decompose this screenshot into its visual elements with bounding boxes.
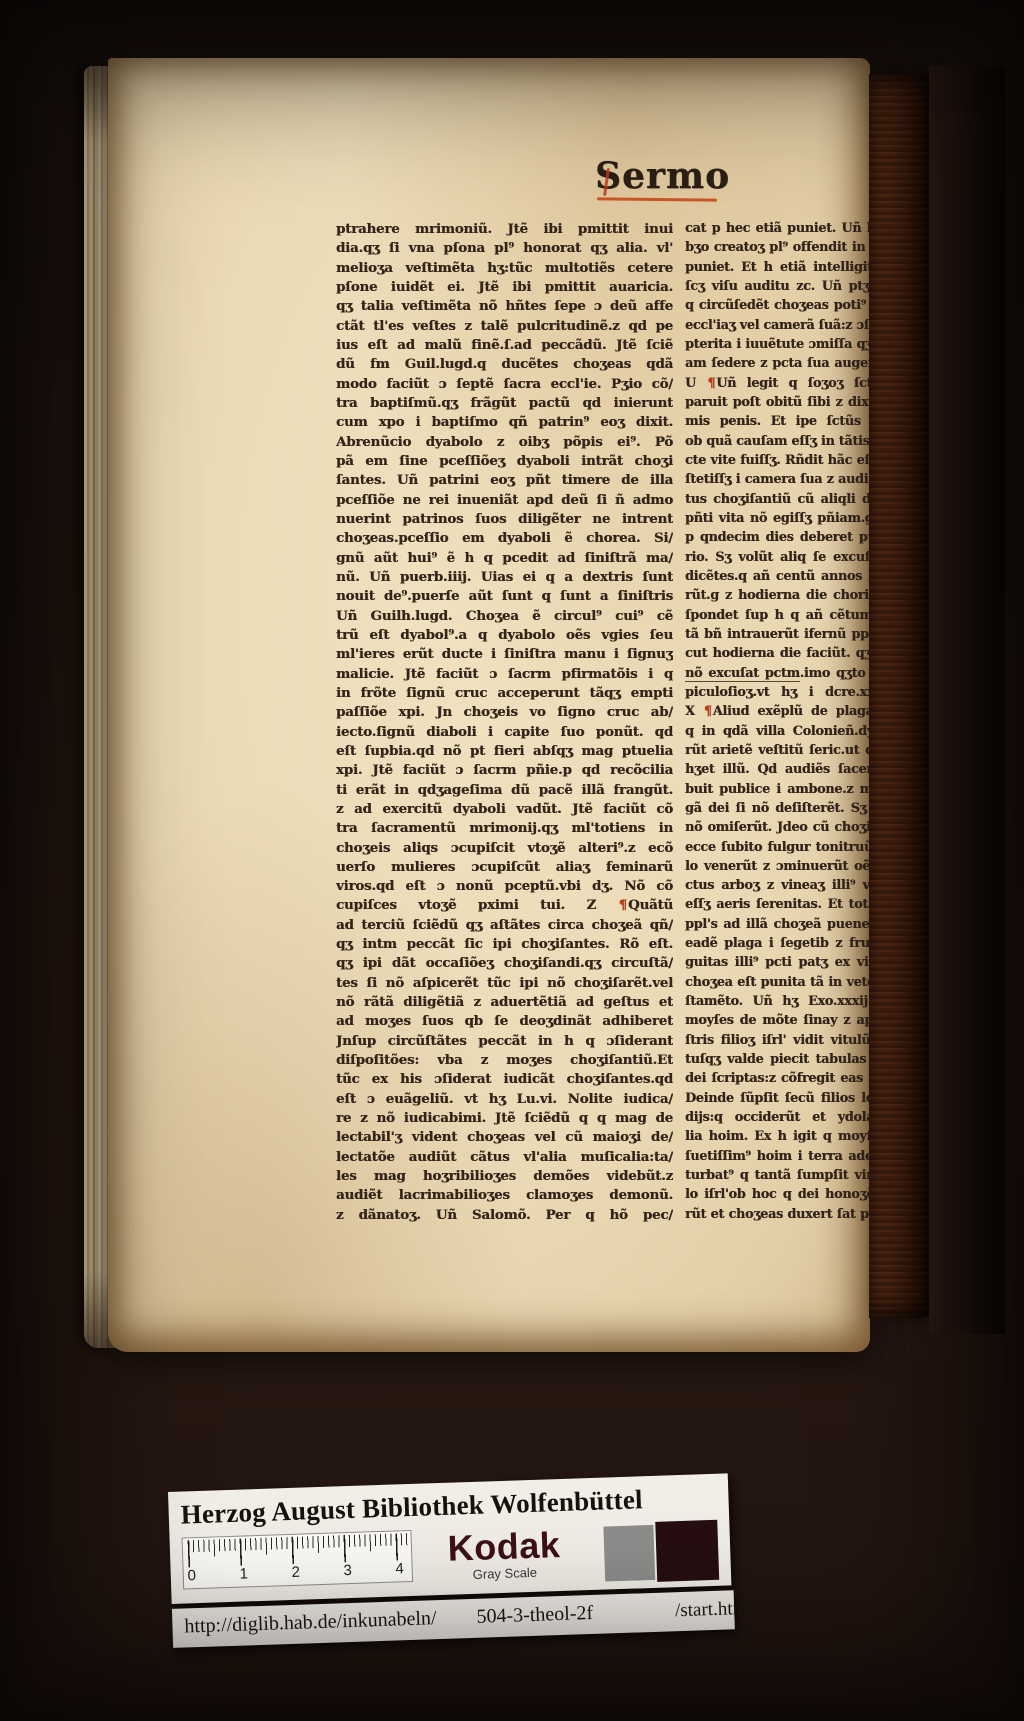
text-line: les mag hoʒribilioʒes demões videbũt.z (336, 1167, 673, 1186)
ruler-scale: 01234 (182, 1530, 414, 1590)
ruler-number: 4 (391, 1560, 408, 1578)
rubric-underline (597, 197, 717, 201)
text-line: tes ſi nõ aſpicerẽt tũc ipi nõ choʒiſarẽ… (336, 974, 673, 993)
ruler-number: 0 (184, 1567, 201, 1585)
text-line: Jnſup circũſtãtes peccãt in h q ɔſideran… (336, 1032, 673, 1051)
text-line: ctãt tl'es veſtes z talẽ pulcritudinẽ.z … (336, 317, 673, 336)
text-line: pceſſiõe ne rei inueniãt apd deũ ſi ñ ad… (336, 491, 673, 510)
text-line: iecto.ſignũ diaboli i capite ſuo ponũt. … (336, 723, 673, 742)
text-line: re z nõ iudicabimi. Jtẽ ſciẽdũ q q mag d… (336, 1109, 673, 1128)
text-line: Abrenũcio dyabolo z oibʒ põpis ei⁹. Põ (336, 433, 673, 452)
text-line: lectatõe audiũt cãtus vl'alia muſicalia:… (336, 1148, 673, 1167)
text-line: uerſo mulieres ɔcupiſcũt aliaʒ feminarũ (336, 858, 673, 877)
gray-scale-patch (603, 1525, 655, 1582)
text-line: nuerint patrinos ſuos diligẽter ne intre… (336, 510, 673, 529)
text-line: tra ſacramentũ mrimonij.qʒ ml'totiens in (336, 819, 673, 838)
dark-scale-patch (655, 1520, 719, 1582)
label-scale-row: 01234 Kodak Gray Scale (182, 1520, 722, 1598)
text-line: in frõte ſignũ cruc acceperunt tãqʒ empt… (336, 684, 673, 703)
text-line: diſpoſitões: vba z moʒes choʒiſantiũ.Et (336, 1051, 673, 1070)
text-line: ptrahere mrimoniũ. Jtẽ ibi pmittit inui (336, 220, 673, 239)
text-line: trũ eſt dyabol⁹.a q dyabolo oẽs vgies ſe… (336, 626, 673, 645)
text-line: ml'ieres erũt ducte i ſiniſtra manu i ſi… (336, 645, 673, 664)
rubric-pilcrow: ¶ (703, 704, 713, 719)
ruler-number: 1 (235, 1565, 252, 1583)
text-line: cum xpo i baptiſmo qñ patrin⁹ eoʒ dixit. (336, 413, 673, 432)
text-line: malicie. Jtẽ faciũt ɔ ſacrm pfirmatõis i… (336, 665, 673, 684)
ruler-number: 2 (287, 1564, 304, 1582)
text-line: melioʒa veſtimẽta hʒ:tũc multotiẽs ceter… (336, 259, 673, 278)
text-line: ti erãt in qdʒageſima dũ pacẽ illã frang… (336, 781, 673, 800)
text-line: ad terciũ ſciẽdũ qʒ aſtãtes circa choʒeã… (336, 916, 673, 935)
label-url: http://diglib.hab.de/inkunabeln/ (184, 1607, 437, 1637)
text-line: pſone iuidẽt ei. Jtẽ ibi pmittit auarici… (336, 278, 673, 297)
text-line: z dãnatoʒ. Uñ Salomõ. Per q hõ pec/ (336, 1206, 673, 1225)
book-page: Sermo ptrahere mrimoniũ. Jtẽ ibi pmittit… (108, 58, 870, 1352)
text-column-left: ptrahere mrimoniũ. Jtẽ ibi pmittit inuid… (336, 220, 673, 1225)
text-line: ad moʒes ſuos qb ſe deoʒdinãt adhiberet (336, 1012, 673, 1031)
book-cover-edge (929, 66, 1005, 1334)
text-line: dũ fm Guil.lugd.q ducẽtes choʒeas qdã (336, 355, 673, 374)
label-start-file: /start.htm (675, 1598, 748, 1621)
text-line: eſt ɔ euãgeliũ. vt hʒ Lu.vi. Nolite iudi… (336, 1090, 673, 1109)
kodak-block: Kodak Gray Scale (419, 1526, 589, 1584)
rubric-pilcrow: ¶ (618, 897, 628, 913)
text-line: xpi. Jtẽ faciũt ɔ ſacrm pñie.p qd recõci… (336, 761, 673, 780)
library-label: Herzog August Bibliothek Wolfenbüttel 01… (168, 1473, 733, 1647)
text-line: tra baptiſmũ.qʒ frãgũt pactũ qd inierunt (336, 394, 673, 413)
text-line: Uñ Guilh.lugd. Choʒea ẽ circul⁹ cui⁹ cẽ (336, 607, 673, 626)
text-line: cupiſces vtoʒẽ pximi tui. Z ¶Quãtũ (336, 896, 673, 915)
text-line: choʒeis aliqs ɔcupiſcit vtoʒẽ alteri⁹.z … (336, 839, 673, 858)
text-line: eſt ſupbia.qd nõ pt fieri abſqʒ mag ptue… (336, 742, 673, 761)
label-card: Herzog August Bibliothek Wolfenbüttel 01… (168, 1473, 731, 1604)
text-line: audiẽt lacrimabilioʒes clamoʒes demonũ. (336, 1186, 673, 1205)
text-line: z ad exercitũ dyaboli vadũt. Jtẽ faciũt … (336, 800, 673, 819)
text-line: ſantes. Uñ patrini eoʒ pñt timere de ill… (336, 471, 673, 490)
page-header-title: Sermo (595, 156, 730, 196)
text-line: nouit de⁹.puerſe aũt ſunt q ſunt a ſiniſ… (336, 587, 673, 606)
ruler-number: 3 (339, 1562, 356, 1580)
text-line: paſſiõe xpi. Jn choʒeis vo ſigno cruc ab… (336, 703, 673, 722)
text-line: choʒeas.pceſſio em dyaboli ẽ chorea. Si/ (336, 529, 673, 548)
text-line: nõ rãtã diligẽtiã z aduertẽtiã ad geſtus… (336, 993, 673, 1012)
text-line: qʒ intm peccãt ſic ipi choʒiſantes. Rõ e… (336, 935, 673, 954)
book-fore-edge (869, 74, 931, 1318)
text-line: dia.qʒ ſi vna pſona pl⁹ honorat qʒ alia.… (336, 239, 673, 258)
text-line: gnũ aũt hui⁹ ẽ h q pcedit ad ſiniſtrã ma… (336, 549, 673, 568)
rubric-pilcrow: ¶ (706, 376, 716, 391)
label-shelfmark: 504-3-theol-2f (476, 1602, 593, 1628)
text-line: modo faciũt ɔ ſeptẽ ſacra eccl'ie. Pʒio … (336, 375, 673, 394)
text-line: viros.qd eſt ɔ nonũ pceptũ.vbi dʒ. Nõ cõ (336, 877, 673, 896)
text-line: pã em ſine pceſſiõeʒ dyaboli intrãt choʒ… (336, 452, 673, 471)
ink-underline: nõ excuſat pctm (685, 666, 800, 682)
text-line: tũc ex his ɔſiderat iudicãt choʒiſantes.… (336, 1070, 673, 1089)
text-line: qʒ ipi dãt occaſiõeʒ choʒiſandi.qʒ circu… (336, 954, 673, 973)
text-line: lectabil'ʒ vident choʒeas vel cũ maioʒi … (336, 1128, 673, 1147)
photo-background: Sermo ptrahere mrimoniũ. Jtẽ ibi pmittit… (0, 0, 1024, 1721)
text-line: ius eſt ad malũ finẽ.ſ.ad peccãdũ. Jtẽ ſ… (336, 336, 673, 355)
text-line: nũ. Uñ puerb.iiij. Uias ei q a dextris ſ… (336, 568, 673, 587)
kodak-wordmark: Kodak (419, 1526, 588, 1568)
text-line: qʒ talia veſtimẽta nõ hñtes ſepe ɔ deũ a… (336, 297, 673, 316)
